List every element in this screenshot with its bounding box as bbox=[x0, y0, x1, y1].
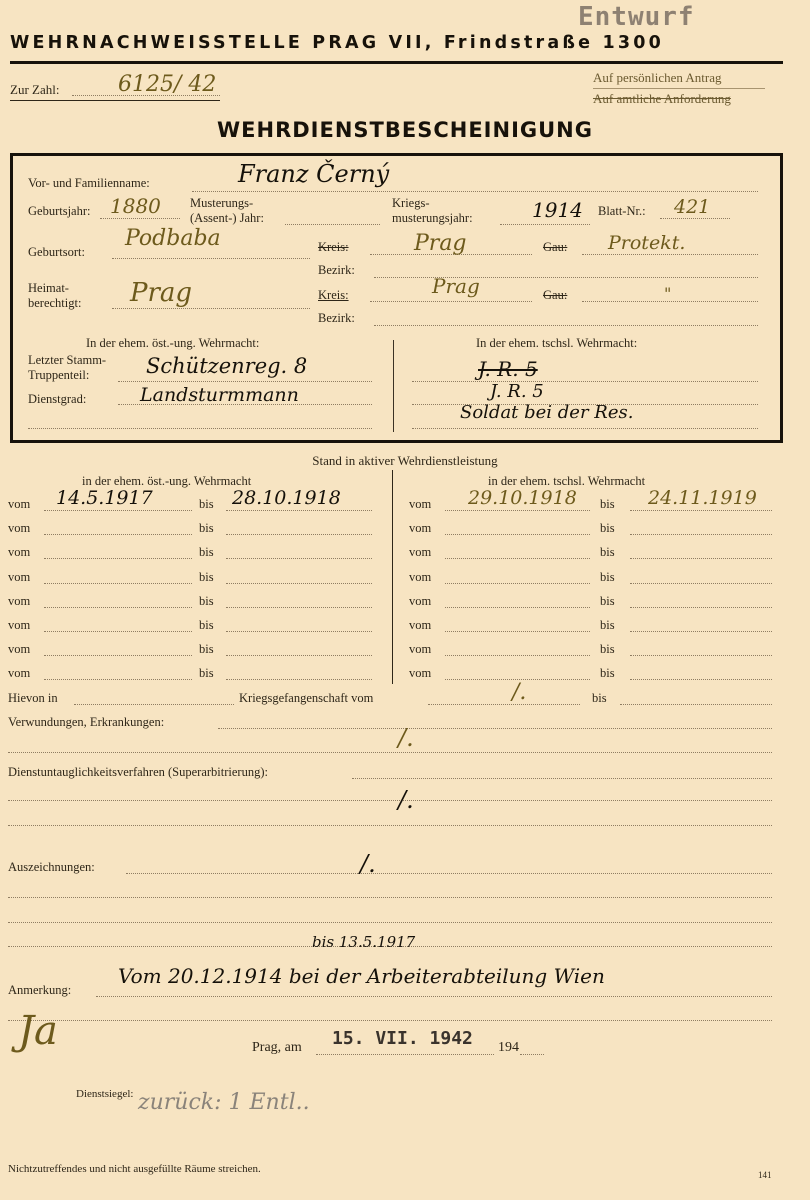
service-divider bbox=[392, 470, 393, 684]
vom-label: vom bbox=[409, 521, 431, 536]
pow-label-1: Hievon in bbox=[8, 691, 58, 706]
date-field-line bbox=[445, 607, 590, 608]
date-field-line bbox=[630, 534, 772, 535]
rank-austro-value[interactable]: Landsturmmann bbox=[140, 384, 299, 406]
birth-year-value[interactable]: 1880 bbox=[110, 194, 161, 218]
awards-value[interactable]: /. bbox=[360, 850, 376, 878]
name-label: Vor- und Familienname: bbox=[28, 176, 150, 191]
header-rule bbox=[10, 61, 783, 64]
form-number: 141 bbox=[758, 1170, 772, 1180]
vom-label: vom bbox=[8, 497, 30, 512]
vom-label: vom bbox=[8, 570, 30, 585]
kriegs-label-2: musterungsjahr: bbox=[392, 211, 473, 226]
vom-label: vom bbox=[8, 666, 30, 681]
czech-unit-heading: In der ehem. tschsl. Wehrmacht: bbox=[476, 336, 637, 351]
vom-label: vom bbox=[409, 497, 431, 512]
stamm-label-1: Letzter Stamm- bbox=[28, 353, 106, 368]
bis-label: bis bbox=[600, 642, 615, 657]
date-field-line bbox=[630, 558, 772, 559]
bis-label: bis bbox=[600, 545, 615, 560]
date-field-line bbox=[44, 655, 192, 656]
footer-note: Nichtzutreffendes und nicht ausgefüllte … bbox=[8, 1163, 261, 1175]
vom-label: vom bbox=[409, 594, 431, 609]
date-field-line bbox=[226, 558, 372, 559]
draft-stamp: Entwurf bbox=[578, 2, 695, 32]
zur-zahl-label: Zur Zahl: bbox=[10, 82, 59, 98]
date-field-line bbox=[226, 679, 372, 680]
page-title: WEHRDIENSTBESCHEINIGUNG bbox=[0, 118, 810, 142]
zur-zahl-value[interactable]: 6125/ 42 bbox=[118, 72, 216, 97]
heimat-label-1: Heimat- bbox=[28, 281, 69, 296]
superarb-value[interactable]: /. bbox=[398, 786, 414, 814]
date-field-line bbox=[630, 583, 772, 584]
pow-value[interactable]: /. bbox=[512, 680, 526, 705]
rank-label: Dienstgrad: bbox=[28, 392, 86, 407]
service-date-a-bis[interactable]: 28.10.1918 bbox=[232, 487, 341, 509]
date-field-line bbox=[630, 679, 772, 680]
heimat-kreis-value[interactable]: Prag bbox=[432, 274, 480, 298]
bis-label: bis bbox=[199, 618, 214, 633]
heimat-kreis-label: Kreis: bbox=[318, 288, 349, 303]
date-field-line bbox=[44, 534, 192, 535]
czech-unit-line-2[interactable]: J. R. 5 bbox=[490, 381, 544, 402]
date-field-line bbox=[226, 607, 372, 608]
date-field-line bbox=[445, 534, 590, 535]
birth-kreis-value[interactable]: Prag bbox=[414, 231, 467, 256]
date-field-line bbox=[445, 510, 590, 511]
vom-label: vom bbox=[409, 618, 431, 633]
pencil-note: zurück: 1 Entl.. bbox=[138, 1090, 310, 1115]
service-date-c-bis[interactable]: 24.11.1919 bbox=[648, 487, 757, 509]
date-field-line bbox=[630, 607, 772, 608]
birth-kreis-label: Kreis: bbox=[318, 240, 349, 255]
bis-label: bis bbox=[199, 545, 214, 560]
stamm-label-2: Truppenteil: bbox=[28, 368, 89, 383]
vom-label: vom bbox=[8, 618, 30, 633]
seal-label: Dienstsiegel: bbox=[76, 1088, 133, 1100]
awards-label: Auszeichnungen: bbox=[8, 860, 95, 875]
bis-label: bis bbox=[199, 570, 214, 585]
bis-label: bis bbox=[600, 594, 615, 609]
date-field-line bbox=[44, 583, 192, 584]
date-field-line bbox=[44, 510, 192, 511]
name-value[interactable]: Franz Černý bbox=[238, 160, 389, 188]
vom-label: vom bbox=[409, 545, 431, 560]
vom-label: vom bbox=[8, 642, 30, 657]
blatt-value[interactable]: 421 bbox=[674, 196, 710, 218]
bis-label: bis bbox=[199, 521, 214, 536]
birth-bezirk-label: Bezirk: bbox=[318, 263, 355, 278]
kriegs-value[interactable]: 1914 bbox=[532, 198, 583, 222]
service-date-a-vom[interactable]: 14.5.1917 bbox=[56, 487, 153, 509]
office-header: WEHRNACHWEISSTELLE PRAG VII, Frindstraße… bbox=[10, 33, 664, 53]
czech-unit-line-1[interactable]: J. R. 5 bbox=[478, 357, 538, 381]
date-field-line bbox=[226, 583, 372, 584]
bis-label: bis bbox=[199, 666, 214, 681]
vom-label: vom bbox=[8, 545, 30, 560]
bis-label: bis bbox=[600, 618, 615, 633]
date-field-line bbox=[44, 558, 192, 559]
vom-label: vom bbox=[8, 594, 30, 609]
date-field-line bbox=[630, 631, 772, 632]
birth-year-label: Geburtsjahr: bbox=[28, 204, 90, 219]
request-official: Auf amtliche Anforderung bbox=[593, 91, 731, 107]
pow-label-2: Kriegsgefangenschaft vom bbox=[239, 691, 373, 706]
vom-label: vom bbox=[409, 570, 431, 585]
date-field-line bbox=[226, 510, 372, 511]
austro-unit-heading: In der ehem. öst.-ung. Wehrmacht: bbox=[86, 336, 259, 351]
remark-label: Anmerkung: bbox=[8, 983, 71, 998]
bis-label: bis bbox=[199, 642, 214, 657]
date-field-line bbox=[445, 655, 590, 656]
date-field-line bbox=[226, 534, 372, 535]
bis-label: bis bbox=[600, 521, 615, 536]
place-date-label: Prag, am bbox=[252, 1040, 302, 1056]
heimat-gau-label: Gau: bbox=[543, 288, 567, 303]
vom-label: vom bbox=[8, 521, 30, 536]
birthplace-label: Geburtsort: bbox=[28, 245, 85, 260]
request-personal: Auf persönlichen Antrag bbox=[593, 70, 722, 86]
bis-label: bis bbox=[199, 497, 214, 512]
year-prefix: 194 bbox=[498, 1040, 519, 1056]
remark-value[interactable]: Vom 20.12.1914 bei der Arbeiterabteilung… bbox=[118, 964, 605, 988]
date-field-line bbox=[630, 510, 772, 511]
vom-label: vom bbox=[409, 642, 431, 657]
stamped-date[interactable]: 15. VII. 1942 bbox=[332, 1028, 473, 1049]
superarb-label: Dienstuntauglichkeitsverfahren (Superarb… bbox=[8, 765, 268, 780]
unit-divider bbox=[393, 340, 394, 432]
heimat-bezirk-label: Bezirk: bbox=[318, 311, 355, 326]
wounds-label: Verwundungen, Erkrankungen: bbox=[8, 715, 164, 730]
date-field-line bbox=[630, 655, 772, 656]
date-field-line bbox=[445, 583, 590, 584]
birthplace-value[interactable]: Podbaba bbox=[125, 226, 221, 251]
date-field-line bbox=[226, 631, 372, 632]
birth-gau-label: Gau: bbox=[543, 240, 567, 255]
heimat-gau-value[interactable]: " bbox=[664, 284, 671, 303]
date-field-line bbox=[44, 631, 192, 632]
muster-label-2: (Assent-) Jahr: bbox=[190, 211, 264, 226]
kriegs-label-1: Kriegs- bbox=[392, 196, 430, 211]
czech-unit-line-3[interactable]: Soldat bei der Res. bbox=[460, 402, 633, 423]
initials-signature: Ja bbox=[18, 1008, 58, 1054]
remark-insert[interactable]: bis 13.5.1917 bbox=[312, 933, 415, 951]
bis-label: bis bbox=[600, 497, 615, 512]
bis-label: bis bbox=[600, 666, 615, 681]
blatt-label: Blatt-Nr.: bbox=[598, 204, 646, 219]
wounds-value[interactable]: /. bbox=[398, 724, 414, 752]
date-field-line bbox=[44, 679, 192, 680]
service-heading: Stand in aktiver Wehrdienstleistung bbox=[0, 453, 810, 469]
bis-label: bis bbox=[199, 594, 214, 609]
stamm-austro-value[interactable]: Schützenreg. 8 bbox=[146, 354, 307, 378]
date-field-line bbox=[226, 655, 372, 656]
bis-label: bis bbox=[600, 570, 615, 585]
muster-label-1: Musterungs- bbox=[190, 196, 253, 211]
pow-label-3: bis bbox=[592, 691, 607, 706]
heimat-label-2: berechtigt: bbox=[28, 296, 81, 311]
vom-label: vom bbox=[409, 666, 431, 681]
date-field-line bbox=[44, 607, 192, 608]
service-date-c-vom[interactable]: 29.10.1918 bbox=[468, 487, 577, 509]
birth-gau-value[interactable]: Protekt. bbox=[608, 232, 685, 254]
date-field-line bbox=[445, 631, 590, 632]
heimat-value[interactable]: Prag bbox=[130, 278, 192, 308]
date-field-line bbox=[445, 558, 590, 559]
